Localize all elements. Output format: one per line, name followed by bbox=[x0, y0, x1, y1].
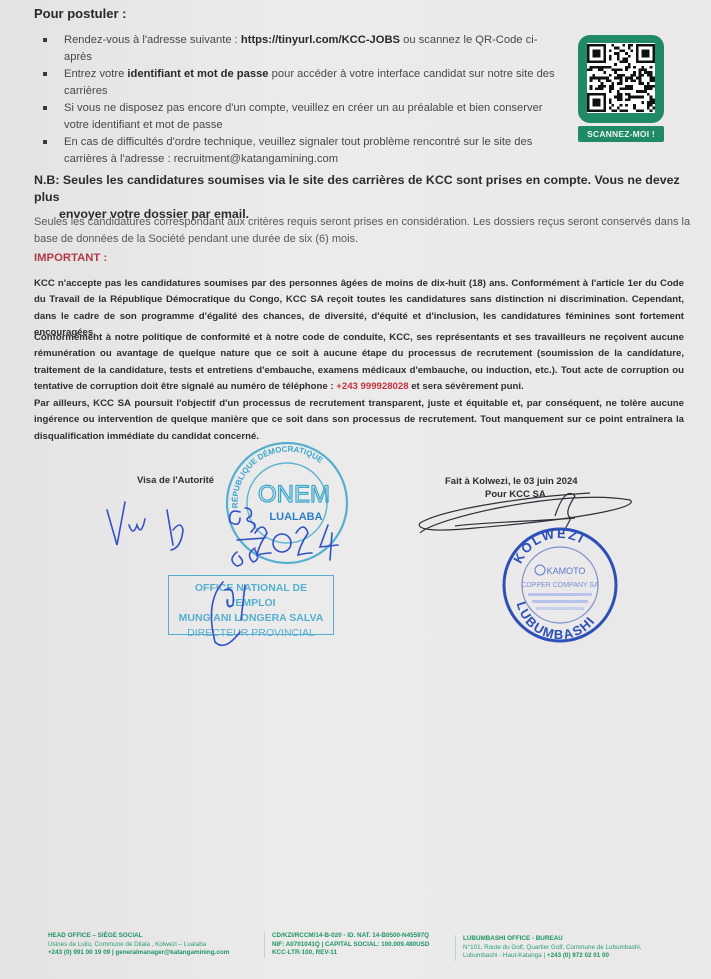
for-company: Pour KCC SA bbox=[485, 489, 546, 500]
hotline-phone[interactable]: +243 999928028 bbox=[336, 381, 408, 392]
footer-head-office: HEAD OFFICE – SIÈGE SOCIAL Usines de Lui… bbox=[48, 932, 264, 958]
qr-code-icon bbox=[587, 43, 655, 113]
anti-corruption-paragraph: Conformément à notre politique de confor… bbox=[34, 330, 684, 395]
place-date: Fait à Kolwezi, le 03 juin 2024 bbox=[445, 476, 578, 487]
bullet-icon bbox=[43, 72, 47, 76]
apply-steps-list: Rendez-vous à l'adresse suivante : https… bbox=[40, 32, 560, 168]
important-label: IMPORTANT : bbox=[34, 252, 107, 264]
fairness-paragraph: Par ailleurs, KCC SA poursuit l'objectif… bbox=[34, 396, 684, 445]
apply-step: Rendez-vous à l'adresse suivante : https… bbox=[40, 32, 560, 65]
visa-label: Visa de l'Autorité bbox=[137, 475, 214, 486]
bullet-icon bbox=[43, 106, 47, 110]
retention-note: Seules les candidatures correspondant au… bbox=[34, 214, 694, 247]
apply-step: Entrez votre identifiant et mot de passe… bbox=[40, 66, 560, 99]
bullet-icon bbox=[43, 140, 47, 144]
apply-step: Si vous ne disposez pas encore d'un comp… bbox=[40, 100, 560, 133]
footer-registration: CD/KZI/RCCM/14-B-020 - ID. NAT. 14-B0500… bbox=[264, 932, 462, 958]
apply-step: En cas de difficultés d'ordre technique,… bbox=[40, 134, 560, 167]
bullet-icon bbox=[43, 38, 47, 42]
careers-link[interactable]: https://tinyurl.com/KCC-JOBS bbox=[241, 34, 400, 46]
qr-code[interactable] bbox=[578, 35, 664, 123]
apply-heading: Pour postuler : bbox=[34, 6, 126, 21]
footer-lubumbashi-office: LUBUMBASHI OFFICE - BUREAU N°101, Route … bbox=[455, 935, 683, 961]
qr-scan-label: SCANNEZ-MOI ! bbox=[578, 126, 664, 142]
